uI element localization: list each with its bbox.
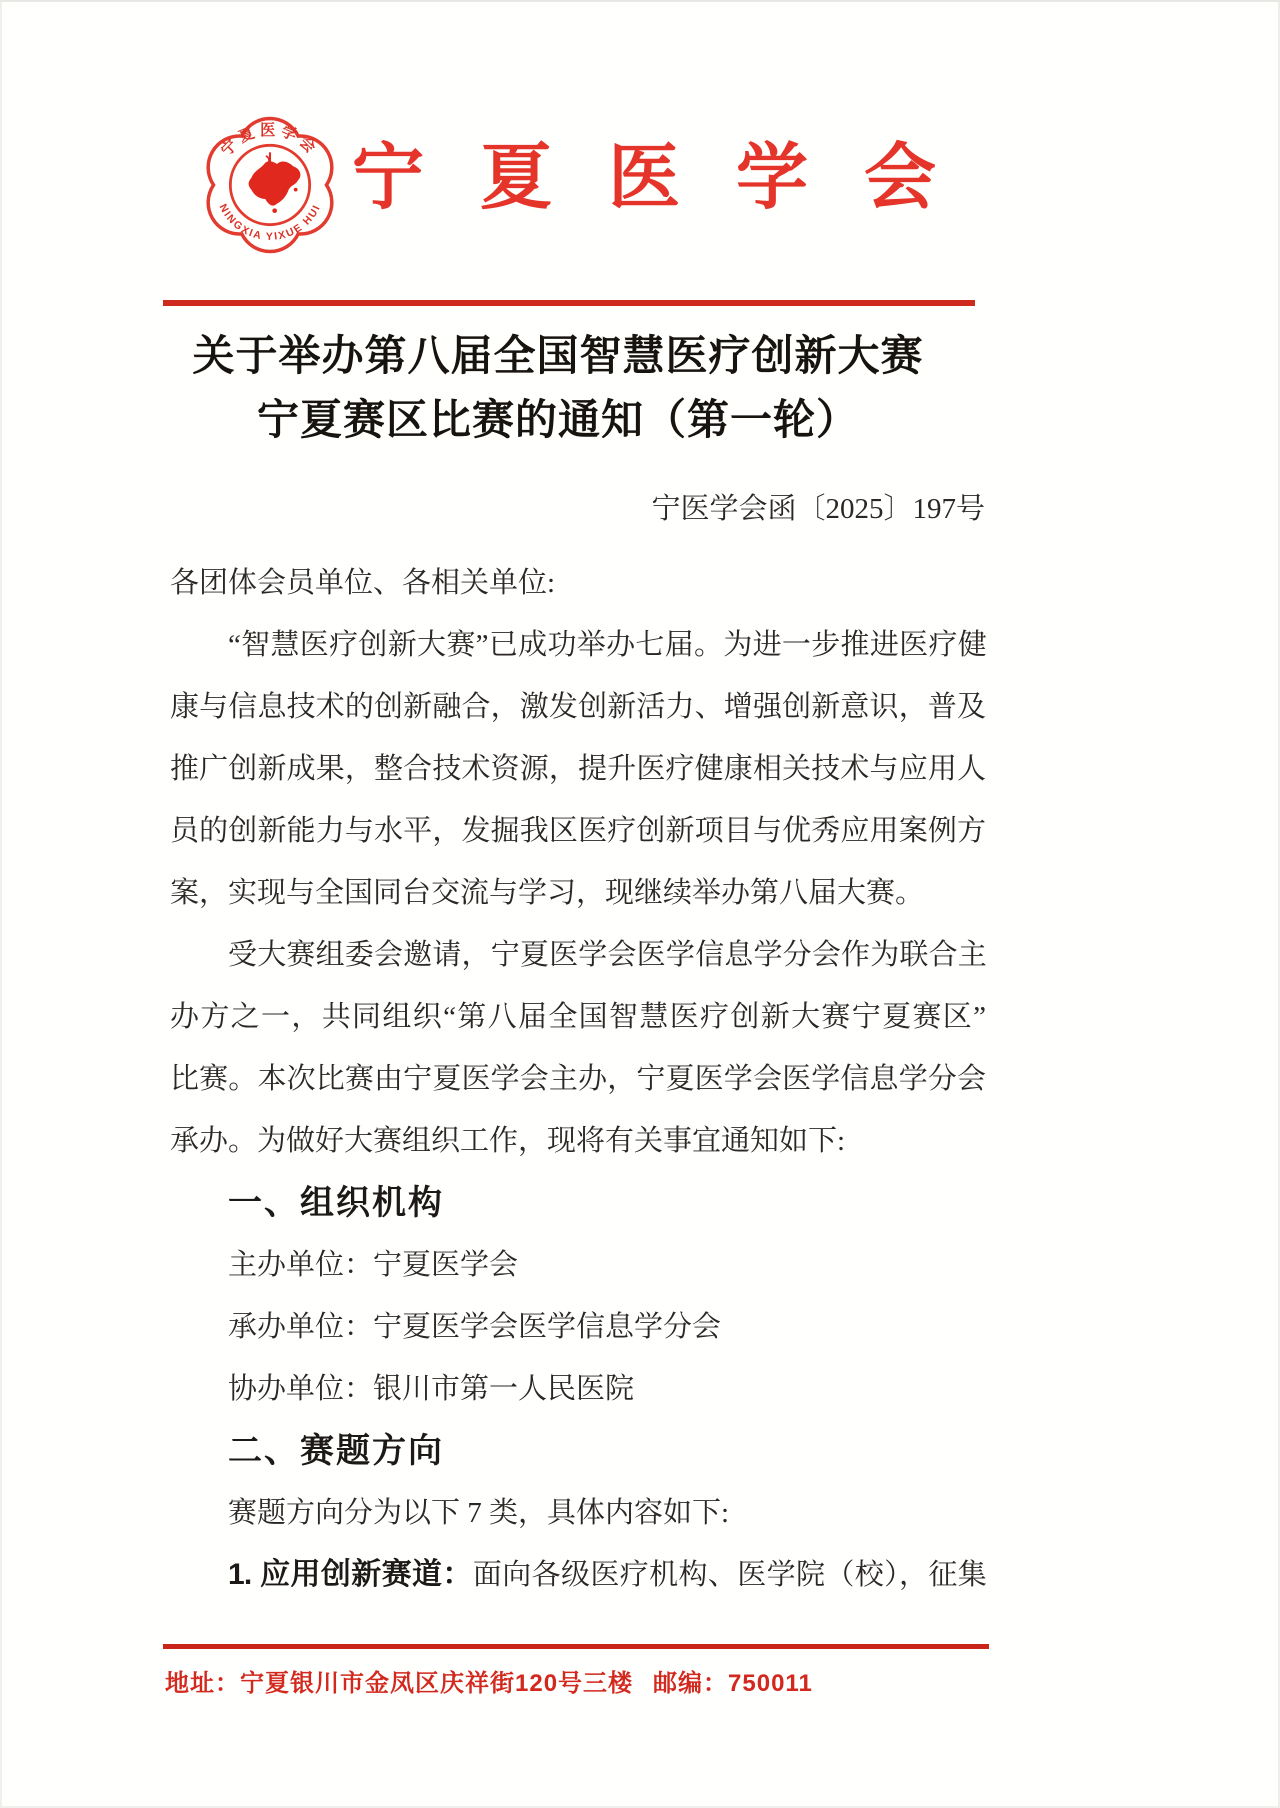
body-line: 主办单位：宁夏医学会 xyxy=(170,1234,986,1296)
body-text-bold: 1. 应用创新赛道： xyxy=(228,1558,473,1591)
body-text: 面向各级医疗机构、医学院（校），征集 xyxy=(473,1559,986,1591)
body-line: 员的创新能力与水平，发掘我区医疗创新项目与优秀应用案例方 xyxy=(170,800,986,862)
scanned-document-page: 宁夏医学会 NINGXIA YIXUE HUI 宁夏医学会 关于举办第八届全国智… xyxy=(0,0,1280,1808)
footer-postcode: 邮编：750011 xyxy=(653,1670,813,1697)
body-text: 主办单位：宁夏医学会 xyxy=(228,1249,518,1281)
body-text: 协办单位：银川市第一人民医院 xyxy=(228,1373,634,1405)
body-text: 承办。为做好大赛组织工作，现将有关事宜通知如下: xyxy=(170,1125,845,1157)
body-text-bold: 一、组织机构 xyxy=(228,1184,444,1222)
body-line: 二、赛题方向 xyxy=(170,1420,986,1482)
body-line: 推广创新成果，整合技术资源，提升医疗健康相关技术与应用人 xyxy=(170,738,986,800)
association-seal-logo: 宁夏医学会 NINGXIA YIXUE HUI xyxy=(200,108,340,262)
body-text-bold: 二、赛题方向 xyxy=(228,1432,444,1470)
body-text: 推广创新成果，整合技术资源，提升医疗健康相关技术与应用人 xyxy=(170,753,986,785)
island-dot xyxy=(294,188,298,192)
document-number: 宁医学会函〔2025〕197号 xyxy=(165,489,985,529)
body-text: 康与信息技术的创新融合，激发创新活力、增强创新意识，普及 xyxy=(170,691,986,723)
body-line: 一、组织机构 xyxy=(170,1172,986,1234)
china-map-shape xyxy=(249,161,301,205)
body-text: 受大赛组委会邀请，宁夏医学会医学信息学分会作为联合主 xyxy=(228,939,986,971)
org-name-heading: 宁夏医学会 xyxy=(352,134,992,222)
document-title: 关于举办第八届全国智慧医疗创新大赛 宁夏赛区比赛的通知（第一轮） xyxy=(140,325,976,453)
letterhead-divider xyxy=(163,300,975,306)
body-text: 办方之一，共同组织“第八届全国智慧医疗创新大赛宁夏赛区” xyxy=(170,1001,986,1033)
body-line: 受大赛组委会邀请，宁夏医学会医学信息学分会作为联合主 xyxy=(170,924,986,986)
body-line: 比赛。本次比赛由宁夏医学会主办，宁夏医学会医学信息学分会 xyxy=(170,1048,986,1110)
document-body: 各团体会员单位、各相关单位:“智慧医疗创新大赛”已成功举办七届。为进一步推进医疗… xyxy=(170,552,986,1606)
body-text: 案，实现与全国同台交流与学习，现继续举办第八届大赛。 xyxy=(170,877,924,909)
body-line: “智慧医疗创新大赛”已成功举办七届。为进一步推进医疗健 xyxy=(170,614,986,676)
body-line: 赛题方向分为以下 7 类，具体内容如下: xyxy=(170,1482,986,1544)
body-text: 承办单位：宁夏医学会医学信息学分会 xyxy=(228,1311,721,1343)
seal-ring-text-bottom: NINGXIA YIXUE HUI xyxy=(217,202,324,243)
body-text: 员的创新能力与水平，发掘我区医疗创新项目与优秀应用案例方 xyxy=(170,815,986,847)
footer-divider xyxy=(163,1644,989,1649)
body-line: 承办。为做好大赛组织工作，现将有关事宜通知如下: xyxy=(170,1110,986,1172)
body-text: 比赛。本次比赛由宁夏医学会主办，宁夏医学会医学信息学分会 xyxy=(170,1063,986,1095)
body-line: 1. 应用创新赛道：面向各级医疗机构、医学院（校），征集 xyxy=(170,1544,986,1606)
footer-address: 地址：宁夏银川市金凤区庆祥街120号三楼 xyxy=(165,1670,633,1697)
body-line: 协办单位：银川市第一人民医院 xyxy=(170,1358,986,1420)
body-text: 赛题方向分为以下 7 类，具体内容如下: xyxy=(228,1497,729,1529)
body-line: 案，实现与全国同台交流与学习，现继续举办第八届大赛。 xyxy=(170,862,986,924)
body-line: 各团体会员单位、各相关单位: xyxy=(170,552,986,614)
body-text: “智慧医疗创新大赛”已成功举办七届。为进一步推进医疗健 xyxy=(228,629,986,661)
island-dot xyxy=(272,208,277,213)
body-line: 办方之一，共同组织“第八届全国智慧医疗创新大赛宁夏赛区” xyxy=(170,986,986,1048)
body-line: 承办单位：宁夏医学会医学信息学分会 xyxy=(170,1296,986,1358)
footer-contact-line: 地址：宁夏银川市金凤区庆祥街120号三楼邮编：750011 xyxy=(165,1664,813,1704)
document-title-line1: 关于举办第八届全国智慧医疗创新大赛 xyxy=(140,325,976,389)
document-title-line2: 宁夏赛区比赛的通知（第一轮） xyxy=(140,389,976,453)
body-line: 康与信息技术的创新融合，激发创新活力、增强创新意识，普及 xyxy=(170,676,986,738)
body-text: 各团体会员单位、各相关单位: xyxy=(170,567,555,599)
